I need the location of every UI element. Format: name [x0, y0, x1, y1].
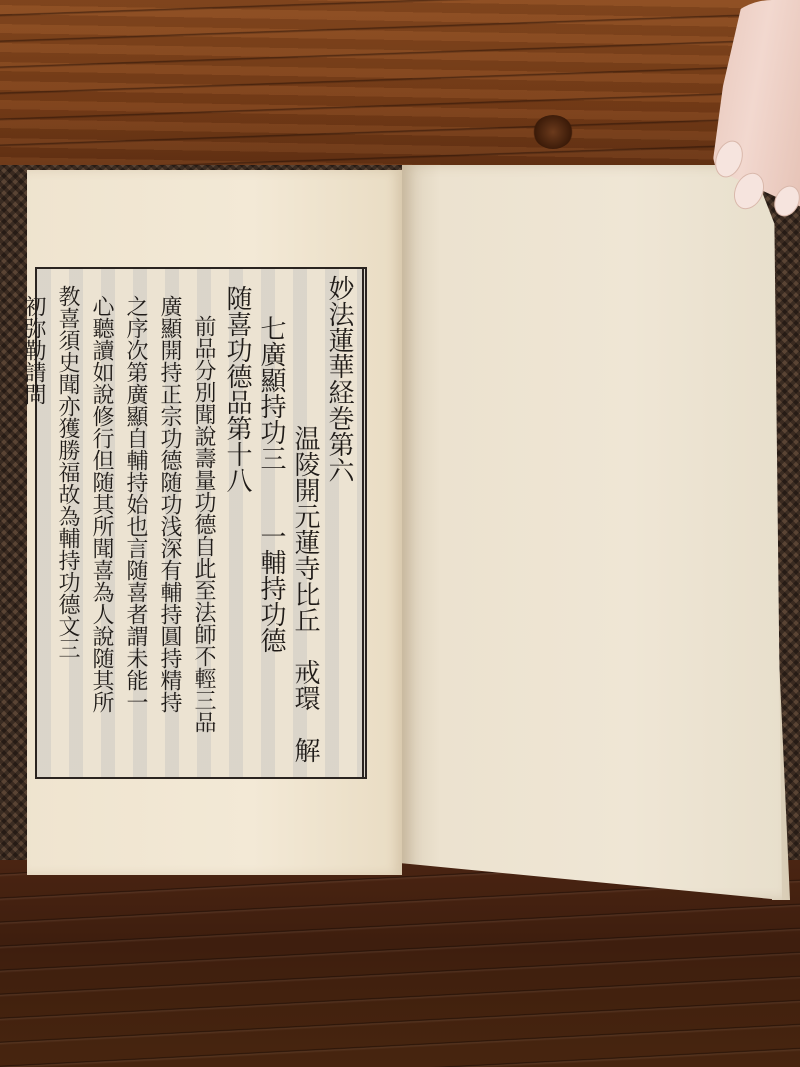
column-body-1: 前品分別聞說壽量功德自此至法師不輕三品 — [187, 275, 219, 771]
column-title: 妙法蓮華経巻第六 — [323, 275, 355, 771]
column-body-2: 廣顯開持正宗功德随功浅深有輔持圓持精持 — [153, 275, 185, 771]
printed-text-frame: 妙法蓮華経巻第六 温陵開元蓮寺比丘 戒環 解 七廣顯持功三 一輔持功德 随喜功德… — [35, 267, 367, 779]
column-section: 七廣顯持功三 一輔持功德 — [255, 275, 287, 771]
column-chapter-title: 随喜功德品第十八 — [221, 275, 253, 771]
text-columns: 妙法蓮華経巻第六 温陵開元蓮寺比丘 戒環 解 七廣顯持功三 一輔持功德 随喜功德… — [17, 275, 359, 771]
column-body-3: 之序次第廣顯自輔持始也言随喜者謂未能一 — [119, 275, 151, 771]
column-author: 温陵開元蓮寺比丘 戒環 解 — [289, 275, 321, 771]
right-page-blank — [402, 165, 782, 900]
column-body-4: 心聽讀如說修行但随其所聞喜為人說随其所 — [85, 275, 117, 771]
wooden-table-bottom — [0, 860, 800, 1067]
column-body-5: 教喜須史聞亦獲勝福故為輔持功德文三 — [51, 275, 83, 771]
wood-knot — [533, 115, 573, 149]
column-body-6: 初弥勒請問 — [17, 275, 49, 771]
frame-rule — [362, 269, 364, 777]
